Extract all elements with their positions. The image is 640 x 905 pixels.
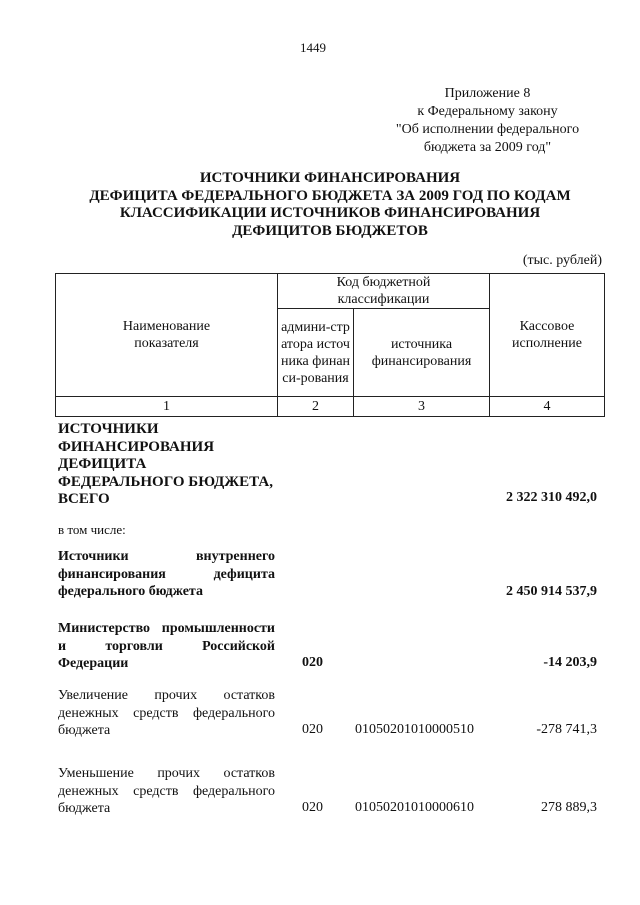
row-value-increase: -278 741,3 (536, 722, 597, 738)
table-header: Наименование показателя Код бюджетной кл… (55, 273, 605, 417)
column-number: 2 (278, 397, 354, 417)
appendix-line: "Об исполнении федерального (360, 121, 615, 139)
row-value-ministry: -14 203,9 (543, 655, 597, 671)
title-line: ДЕФИЦИТА ФЕДЕРАЛЬНОГО БЮДЖЕТА ЗА 2009 ГО… (60, 188, 600, 206)
row-admin-increase: 020 (302, 722, 323, 738)
row-name-total: ИСТОЧНИКИ ФИНАНСИРОВАНИЯ ДЕФИЦИТА ФЕДЕРА… (58, 421, 275, 509)
row-name-decrease: Уменьшение прочих остатков денежных сред… (58, 765, 275, 818)
title-line: КЛАССИФИКАЦИИ ИСТОЧНИКОВ ФИНАНСИРОВАНИЯ (60, 205, 600, 223)
column-number: 1 (56, 397, 278, 417)
column-number: 3 (354, 397, 490, 417)
row-name-including: в том числе: (58, 521, 275, 539)
title-line: ИСТОЧНИКИ ФИНАНСИРОВАНИЯ (60, 170, 600, 188)
appendix-line: к Федеральному закону (360, 103, 615, 121)
header-code-group: Код бюджетной классификации (278, 274, 490, 309)
row-admin-ministry: 020 (302, 655, 323, 671)
row-admin-decrease: 020 (302, 800, 323, 816)
row-value-total: 2 322 310 492,0 (506, 490, 597, 506)
page-number: 1449 (300, 40, 326, 56)
header-admin: админи-стратора источника финанси-ровани… (278, 309, 354, 397)
units-label: (тыс. рублей) (480, 253, 602, 269)
row-code-decrease: 01050201010000610 (355, 800, 474, 816)
header-source: источника финансирования (354, 309, 490, 397)
row-value-domestic: 2 450 914 537,9 (506, 584, 597, 600)
appendix-line: Приложение 8 (360, 85, 615, 103)
row-name-increase: Увеличение прочих остатков денежных сред… (58, 687, 275, 740)
header-execution: Кассовое исполнение (490, 274, 605, 397)
row-code-increase: 01050201010000510 (355, 722, 474, 738)
column-number: 4 (490, 397, 605, 417)
title-line: ДЕФИЦИТОВ БЮДЖЕТОВ (60, 223, 600, 241)
appendix-line: бюджета за 2009 год" (360, 139, 615, 157)
appendix-note: Приложение 8 к Федеральному закону "Об и… (360, 85, 615, 157)
row-name-domestic: Источники внутреннего финансирования деф… (58, 548, 275, 601)
row-value-decrease: 278 889,3 (541, 800, 597, 816)
row-name-ministry: Министерство промышленности и торговли Р… (58, 620, 275, 673)
document-title: ИСТОЧНИКИ ФИНАНСИРОВАНИЯ ДЕФИЦИТА ФЕДЕРА… (60, 170, 600, 240)
header-name: Наименование показателя (56, 274, 278, 397)
